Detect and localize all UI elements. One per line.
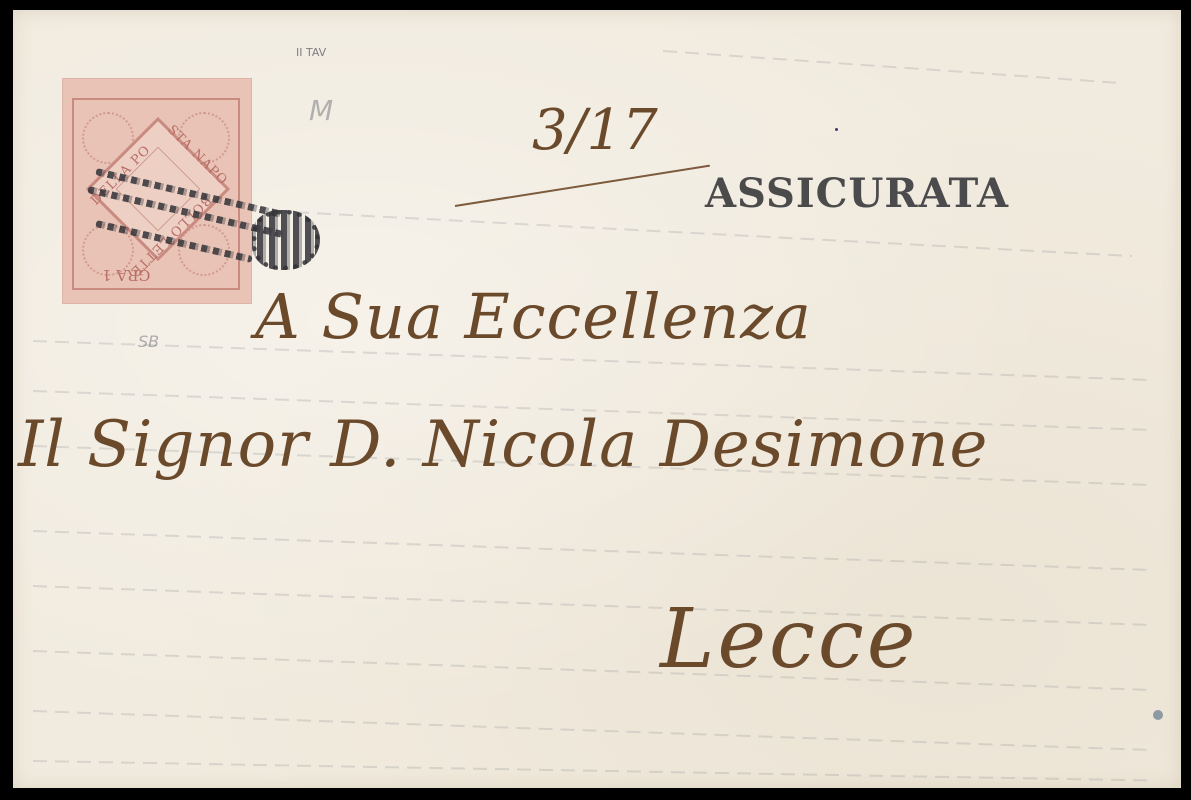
ink-spot — [835, 128, 838, 131]
rate-marking: 3/17 — [532, 98, 658, 163]
postage-stamp: DELLA PO STA NAPO BOLLO LETTE GRA 1 — [62, 78, 252, 304]
pencil-note-initial: M — [309, 94, 333, 127]
pencil-note-signature: SB — [138, 332, 159, 351]
stamp-value: GRA 1 — [102, 266, 150, 284]
postal-cover: II TAV M SB DELLA PO STA NAPO BOLLO LETT… — [13, 10, 1181, 788]
address-line-recipient: Il Signor D. Nicola Desimone — [18, 408, 988, 482]
assicurata-handstamp: ASSICURATA — [705, 170, 1009, 217]
pencil-note-plate: II TAV — [296, 46, 326, 59]
rate-underline — [455, 165, 710, 207]
address-line-honorific: A Sua Eccellenza — [255, 280, 812, 353]
address-line-city: Lecce — [660, 592, 918, 687]
ink-spot — [1153, 710, 1163, 720]
